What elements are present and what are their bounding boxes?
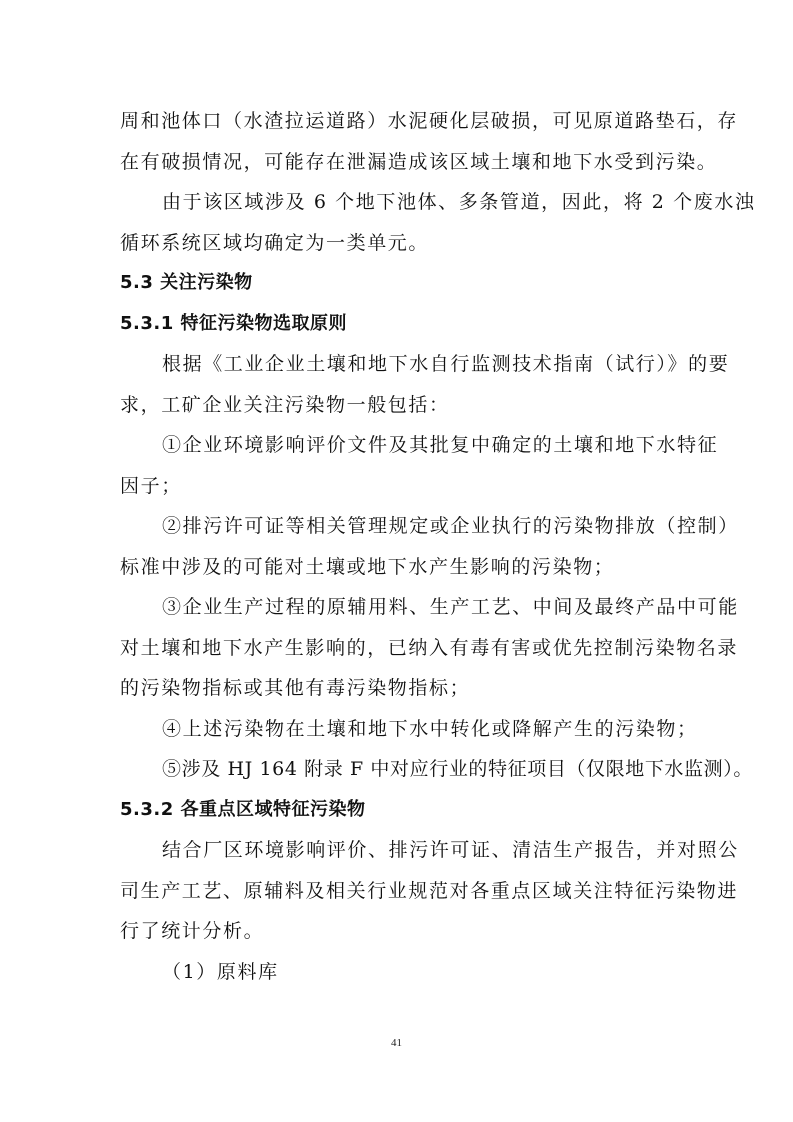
paragraph-line: 循环系统区域均确定为一类单元。: [120, 223, 674, 264]
section-heading-5-3-1: 5.3.1 特征污染物选取原则: [120, 304, 674, 345]
list-item-3: ③企业生产过程的原辅用料、生产工艺、中间及最终产品中可能: [120, 587, 674, 628]
paragraph-line: 由于该区域涉及 6 个地下池体、多条管道，因此，将 2 个废水浊: [120, 182, 674, 223]
list-item-1: ①企业环境影响评价文件及其批复中确定的土壤和地下水特征: [120, 425, 674, 466]
paragraph-line: 结合厂区环境影响评价、排污许可证、清洁生产报告，并对照公: [120, 830, 674, 871]
list-item-2-cont: 标准中涉及的可能对土壤或地下水产生影响的污染物；: [120, 547, 674, 588]
list-item-2: ②排污许可证等相关管理规定或企业执行的污染物排放（控制）: [120, 506, 674, 547]
paragraph-line: 行了统计分析。: [120, 911, 674, 952]
paragraph-line: 司生产工艺、原辅料及相关行业规范对各重点区域关注特征污染物进: [120, 871, 674, 912]
list-item-3-cont: 对土壤和地下水产生影响的，已纳入有毒有害或优先控制污染物名录: [120, 628, 674, 669]
document-body: 周和池体口（水渣拉运道路）水泥硬化层破损，可见原道路垫石，存 在有破损情况，可能…: [120, 101, 674, 992]
list-item-4: ④上述污染物在土壤和地下水中转化或降解产生的污染物；: [120, 709, 674, 750]
paragraph-line: 在有破损情况，可能存在泄漏造成该区域土壤和地下水受到污染。: [120, 142, 674, 183]
paragraph-line: 求，工矿企业关注污染物一般包括：: [120, 385, 674, 426]
paragraph-line: 周和池体口（水渣拉运道路）水泥硬化层破损，可见原道路垫石，存: [120, 101, 674, 142]
subsection-label-raw-material-warehouse: （1）原料库: [120, 952, 674, 993]
list-item-3-cont: 的污染物指标或其他有毒污染物指标；: [120, 668, 674, 709]
list-item-5: ⑤涉及 HJ 164 附录 F 中对应行业的特征项目（仅限地下水监测）。: [120, 749, 674, 790]
list-item-1-cont: 因子；: [120, 466, 674, 507]
paragraph-line: 根据《工业企业土壤和地下水自行监测技术指南（试行）》的要: [120, 344, 674, 385]
page-number: 41: [0, 1037, 793, 1049]
section-heading-5-3: 5.3 关注污染物: [120, 263, 674, 304]
section-heading-5-3-2: 5.3.2 各重点区域特征污染物: [120, 790, 674, 831]
